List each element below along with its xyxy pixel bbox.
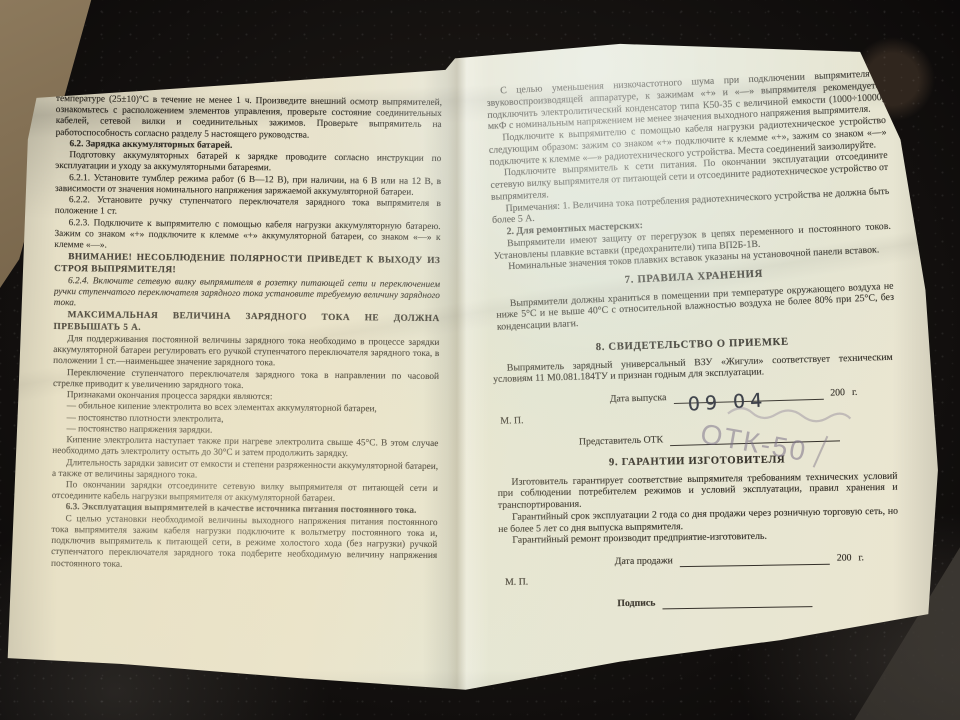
warning-polarity-notice: ВНИМАНИЕ! НЕСОБЛЮДЕНИЕ ПОЛЯРНОСТИ ПРИВЕД… bbox=[54, 252, 440, 279]
paragraph: Для поддерживания постоянной величины за… bbox=[53, 334, 439, 372]
booklet-spread: температуре (25±10)°С в течение не менее… bbox=[0, 0, 960, 720]
date-of-sale-line: Дата продажи 200 г. bbox=[615, 552, 899, 568]
year-suffix: г. bbox=[852, 387, 858, 399]
paragraph: С целью установки необходимой величины в… bbox=[51, 514, 438, 574]
signature-line: Подпись bbox=[617, 594, 899, 610]
signature-label: Подпись bbox=[617, 598, 655, 610]
date-of-sale-blank bbox=[680, 553, 830, 567]
photo-of-instruction-manual: температуре (25±10)°С в течение не менее… bbox=[0, 0, 960, 720]
date-of-issue-label: Дата выпуска bbox=[610, 393, 667, 406]
date-of-sale-label: Дата продажи bbox=[615, 556, 673, 569]
otk-representative-label: Представитель ОТК bbox=[579, 434, 663, 448]
paragraph-6-2-4: 6.2.4. Включите сетевую вилку выпрямител… bbox=[54, 276, 440, 314]
year-suffix: г. bbox=[858, 553, 864, 565]
paragraph-continuation: температуре (25±10)°С в течение не менее… bbox=[56, 94, 442, 143]
paragraph: Кипение электролита наступает также при … bbox=[52, 435, 438, 462]
section-9-title: 9. ГАРАНТИИ ИЗГОТОВИТЕЛЯ bbox=[497, 453, 897, 472]
year-prefix: 200 bbox=[837, 553, 852, 565]
signature-blank bbox=[662, 595, 812, 609]
paragraph-6-2-3: 6.2.3. Подключите к выпрямителю с помощь… bbox=[54, 218, 440, 256]
right-page-upper: С целью уменьшения низкочастотного шума … bbox=[486, 68, 895, 334]
max-current-notice: МАКСИМАЛЬНАЯ ВЕЛИЧИНА ЗАРЯДНОГО ТОКА НЕ … bbox=[53, 310, 439, 337]
year-prefix: 200 bbox=[830, 388, 845, 400]
right-page-warranty: 9. ГАРАНТИИ ИЗГОТОВИТЕЛЯ Изготовитель га… bbox=[497, 446, 900, 615]
acceptance-paragraph: Выпрямитель зарядный универсальный ВЗУ «… bbox=[493, 352, 894, 387]
seal-place-mark: М. П. bbox=[505, 571, 899, 589]
left-page: температуре (25±10)°С в течение не менее… bbox=[50, 94, 442, 666]
